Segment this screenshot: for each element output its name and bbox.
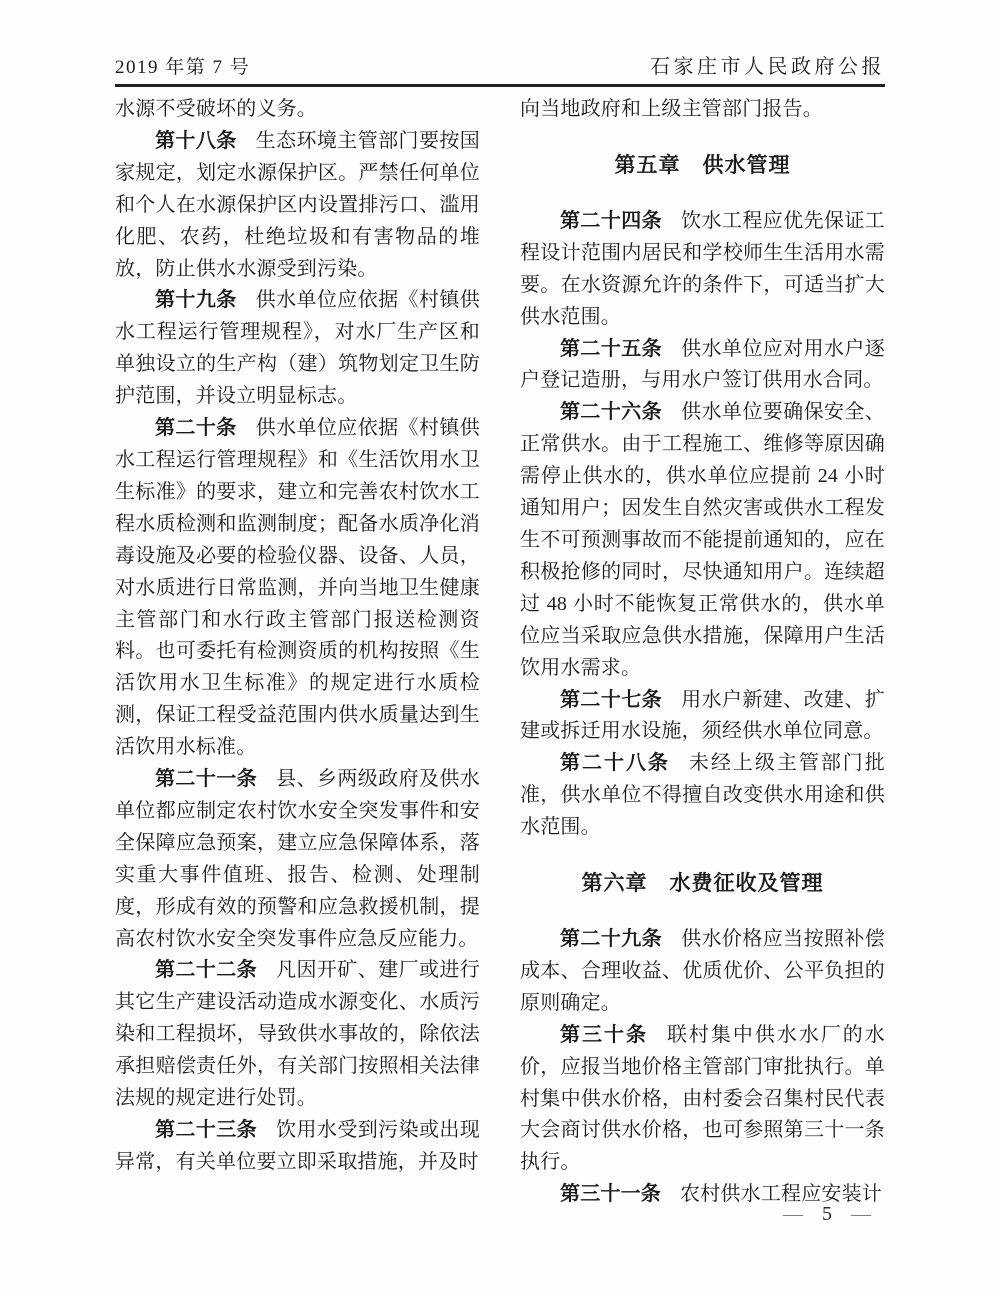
paragraph-text: 供水单位要确保安全、正常供水。由于工程施工、维修等原因确需停止供水的，供水单位应… <box>520 401 885 678</box>
header-divider <box>115 84 885 87</box>
article-paragraph: 第二十一条县、乡两级政府及供水单位都应制定农村饮水安全突发事件和安全保障应急预案… <box>115 764 480 955</box>
paragraph-text: 水源不受破坏的义务。 <box>115 98 317 120</box>
article-number: 第二十九条 <box>560 928 662 950</box>
article-paragraph: 第三十条联村集中供水水厂的水价，应报当地价格主管部门审批执行。单村集中供水价格，… <box>520 1020 885 1180</box>
article-number: 第三十条 <box>560 1024 648 1046</box>
left-column: 水源不受破坏的义务。第十八条生态环境主管部门要按国家规定，划定水源保护区。严禁任… <box>115 94 480 1211</box>
paragraph-text: 凡因开矿、建厂或进行其它生产建设活动造成水源变化、水质污染和工程损坏，导致供水事… <box>115 959 480 1109</box>
page-footer: — 5 — <box>115 1203 871 1226</box>
article-paragraph: 第二十二条凡因开矿、建厂或进行其它生产建设活动造成水源变化、水质污染和工程损坏，… <box>115 955 480 1115</box>
gazette-title: 石家庄市人民政府公报 <box>650 50 885 79</box>
paragraph-text: 生态环境主管部门要按国家规定，划定水源保护区。严禁任何单位和个人在水源保护区内设… <box>115 130 480 280</box>
article-number: 第二十二条 <box>155 959 257 981</box>
article-number: 第二十三条 <box>155 1119 257 1141</box>
paragraph-text: 联村集中供水水厂的水价，应报当地价格主管部门审批执行。单村集中供水价格，由村委会… <box>520 1024 885 1174</box>
article-number: 第二十一条 <box>155 768 257 790</box>
article-number: 第二十四条 <box>560 210 662 232</box>
paragraph-text: 农村供水工程应安装计 <box>680 1183 882 1205</box>
continuation-paragraph: 水源不受破坏的义务。 <box>115 94 480 126</box>
paragraph-text: 县、乡两级政府及供水单位都应制定农村饮水安全突发事件和安全保障应急预案，建立应急… <box>115 768 480 950</box>
article-paragraph: 第二十条供水单位应依据《村镇供水工程运行管理规程》和《生活饮用水卫生标准》的要求… <box>115 413 480 764</box>
article-paragraph: 第二十三条饮用水受到污染或出现异常，有关单位要立即采取措施，并及时 <box>115 1115 480 1179</box>
chapter-heading: 第六章 水费征收及管理 <box>520 868 885 900</box>
article-number: 第二十条 <box>155 417 237 439</box>
article-number: 第十八条 <box>155 130 237 152</box>
footer-dash-right: — <box>851 1203 871 1225</box>
page-number: 5 <box>822 1203 832 1225</box>
chapter-heading: 第五章 供水管理 <box>520 150 885 182</box>
article-paragraph: 第十九条供水单位应依据《村镇供水工程运行管理规程》，对水厂生产区和单独设立的生产… <box>115 285 480 413</box>
article-number: 第十九条 <box>155 289 237 311</box>
article-paragraph: 第十八条生态环境主管部门要按国家规定，划定水源保护区。严禁任何单位和个人在水源保… <box>115 126 480 286</box>
paragraph-text: 向当地政府和上级主管部门报告。 <box>520 98 823 120</box>
issue-number: 2019 年第 7 号 <box>115 52 250 79</box>
article-paragraph: 第二十八条未经上级主管部门批准，供水单位不得擅自改变供水用途和供水范围。 <box>520 748 885 844</box>
article-number: 第二十八条 <box>560 752 670 774</box>
page-header: 2019 年第 7 号 石家庄市人民政府公报 <box>115 50 885 79</box>
article-paragraph: 第二十七条用水户新建、改建、扩建或拆迁用水设施，须经供水单位同意。 <box>520 685 885 749</box>
article-number: 第二十六条 <box>560 401 662 423</box>
article-paragraph: 第二十五条供水单位应对用水户逐户登记造册，与用水户签订供用水合同。 <box>520 334 885 398</box>
article-paragraph: 第二十九条供水价格应当按照补偿成本、合理收益、优质优价、公平负担的原则确定。 <box>520 924 885 1020</box>
right-column: 向当地政府和上级主管部门报告。第五章 供水管理第二十四条饮水工程应优先保证工程设… <box>520 94 885 1211</box>
article-number: 第二十五条 <box>560 338 662 360</box>
article-number: 第三十一条 <box>560 1183 661 1205</box>
article-number: 第二十七条 <box>560 689 662 711</box>
paragraph-text: 供水单位应依据《村镇供水工程运行管理规程》和《生活饮用水卫生标准》的要求，建立和… <box>115 417 480 758</box>
article-paragraph: 第二十六条供水单位要确保安全、正常供水。由于工程施工、维修等原因确需停止供水的，… <box>520 397 885 684</box>
continuation-paragraph: 向当地政府和上级主管部门报告。 <box>520 94 885 126</box>
text-columns: 水源不受破坏的义务。第十八条生态环境主管部门要按国家规定，划定水源保护区。严禁任… <box>115 94 885 1211</box>
gazette-page: 2019 年第 7 号 石家庄市人民政府公报 水源不受破坏的义务。第十八条生态环… <box>0 0 1000 1294</box>
article-paragraph: 第二十四条饮水工程应优先保证工程设计范围内居民和学校师生生活用水需要。在水资源允… <box>520 206 885 334</box>
footer-dash-left: — <box>783 1203 803 1225</box>
